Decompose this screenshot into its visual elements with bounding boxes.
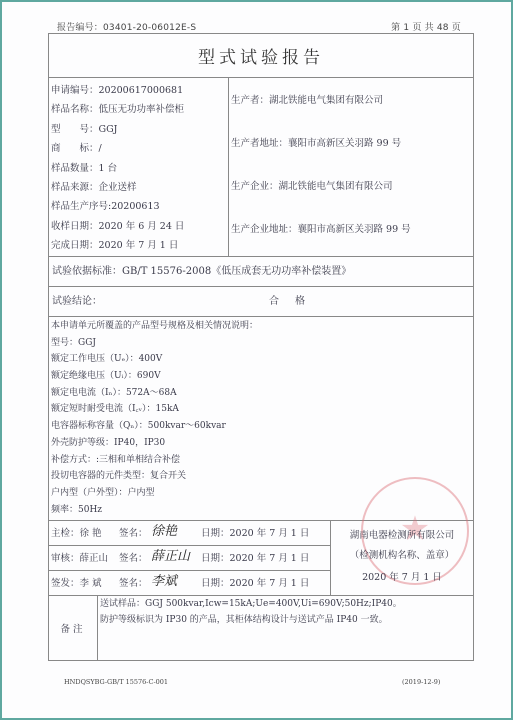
description-line: 额定电电流（Iₙ）：572A～68A	[51, 385, 473, 402]
description-line: 额定绝缘电压（Uᵢ）：690V	[51, 368, 473, 385]
report-number: 报告编号：03401-20-06012E-S	[57, 20, 196, 33]
sign-date: 日期：2020 年 7 月 1 日	[201, 521, 309, 546]
organization-date: 2020 年 7 月 1 日	[331, 569, 473, 583]
sign-date: 日期：2020 年 7 月 1 日	[201, 546, 309, 571]
description-line: 电容器标称容量（Qₙ）：500kvar～60kvar	[51, 418, 473, 435]
trademark: 商 标：/	[49, 139, 228, 158]
handwritten-signature: 徐艳	[151, 519, 177, 544]
signature-row: 主检：徐 艳 签名： 徐艳 日期：2020 年 7 月 1 日	[49, 521, 330, 546]
signature-row: 审核：薛正山 签名： 薛正山 日期：2020 年 7 月 1 日	[49, 546, 330, 571]
handwritten-signature: 李斌	[151, 569, 177, 594]
notes-section: 备注 送试样品：GGJ 500kvar,Icw=15kA;Ue=400V,Ui=…	[49, 596, 473, 660]
organization-name: 湖南电器检测所有限公司	[331, 527, 473, 541]
report-title: 型式试验报告	[49, 34, 473, 78]
issuer: 签发：李 斌	[51, 571, 102, 596]
sample-serial: 样品生产序号:20200613	[49, 197, 228, 216]
inspector: 主检：徐 艳	[51, 521, 102, 546]
sign-label: 签名：	[119, 521, 148, 546]
sample-info-section: 申请编号：20200617000681 样品名称：低压无功功率补偿柜 型 号：G…	[49, 78, 473, 257]
reviewer: 审核：薛正山	[51, 546, 108, 571]
sign-label: 签名：	[119, 571, 148, 596]
version-date: (2019-12-9)	[402, 678, 440, 686]
page-frame: 报告编号：03401-20-06012E-S 第 1 页 共 48 页 型式试验…	[0, 0, 513, 720]
conclusion-label: 试验结论：	[52, 296, 102, 307]
form-code: HNDQSYBG-GB/T 15576-C-001	[64, 678, 168, 686]
manufacturer-info: 生产者：湖北铁能电气集团有限公司 生产者地址：襄阳市高新区关羽路 99 号 生产…	[229, 78, 473, 256]
description-line: 本申请单元所覆盖的产品型号规格及相关情况说明：	[51, 318, 473, 335]
report-table: 型式试验报告 申请编号：20200617000681 样品名称：低压无功功率补偿…	[48, 33, 474, 661]
description-line: 型号：GGJ	[51, 335, 473, 352]
notes-label: 备注	[49, 596, 98, 660]
description-line: 外壳防护等级：IP40，IP30	[51, 435, 473, 452]
sample-name: 样品名称：低压无功功率补偿柜	[49, 100, 228, 119]
sign-date: 日期：2020 年 7 月 1 日	[201, 571, 309, 596]
description-line: 补偿方式：:三相和单相结合补偿	[51, 452, 473, 469]
conclusion-result: 合格	[269, 287, 321, 317]
page-info: 第 1 页 共 48 页	[391, 20, 461, 33]
application-no: 申请编号：20200617000681	[49, 81, 228, 100]
sign-label: 签名：	[119, 546, 148, 571]
signature-list: 主检：徐 艳 签名： 徐艳 日期：2020 年 7 月 1 日 审核：薛正山 签…	[49, 521, 331, 595]
description-line: 额定短时耐受电流（I꜀ᵥ）：15kA	[51, 401, 473, 418]
handwritten-signature: 薛正山	[151, 544, 190, 569]
manufacturer: 生产企业：湖北铁能电气集团有限公司	[231, 167, 473, 207]
sample-quantity: 样品数量：1 台	[49, 159, 228, 178]
notes-line: 防护等级标识为 IP30 的产品，其柜体结构设计与送试产品 IP40 一致。	[100, 612, 473, 628]
producer: 生产者：湖北铁能电气集团有限公司	[231, 81, 473, 121]
producer-address: 生产者地址：襄阳市高新区关羽路 99 号	[231, 124, 473, 164]
test-standard: 试验依据标准：GB/T 15576-2008《低压成套无功功率补偿装置》	[49, 257, 473, 287]
organization-block: ★ 湖南电器检测所有限公司 （检测机构名称、盖章） 2020 年 7 月 1 日	[331, 521, 473, 595]
description-line: 额定工作电压（Uₑ）：400V	[51, 351, 473, 368]
model: 型 号：GGJ	[49, 120, 228, 139]
signature-row: 签发：李 斌 签名： 李斌 日期：2020 年 7 月 1 日	[49, 571, 330, 596]
sample-source: 样品来源：企业送样	[49, 178, 228, 197]
notes-line: 送试样品：GGJ 500kvar,Icw=15kA;Ue=400V,Ui=690…	[100, 596, 473, 612]
signature-section: 主检：徐 艳 签名： 徐艳 日期：2020 年 7 月 1 日 审核：薛正山 签…	[49, 521, 473, 596]
sample-info-left: 申请编号：20200617000681 样品名称：低压无功功率补偿柜 型 号：G…	[49, 78, 229, 256]
organization-note: （检测机构名称、盖章）	[331, 547, 473, 561]
manufacturer-address: 生产企业地址：襄阳市高新区关羽路 99 号	[231, 210, 473, 250]
notes-text: 送试样品：GGJ 500kvar,Icw=15kA;Ue=400V,Ui=690…	[98, 596, 473, 660]
completion-date: 完成日期：2020 年 7 月 1 日	[49, 236, 228, 255]
receive-date: 收样日期：2020 年 6 月 24 日	[49, 217, 228, 236]
test-conclusion: 试验结论： 合格	[49, 287, 473, 317]
